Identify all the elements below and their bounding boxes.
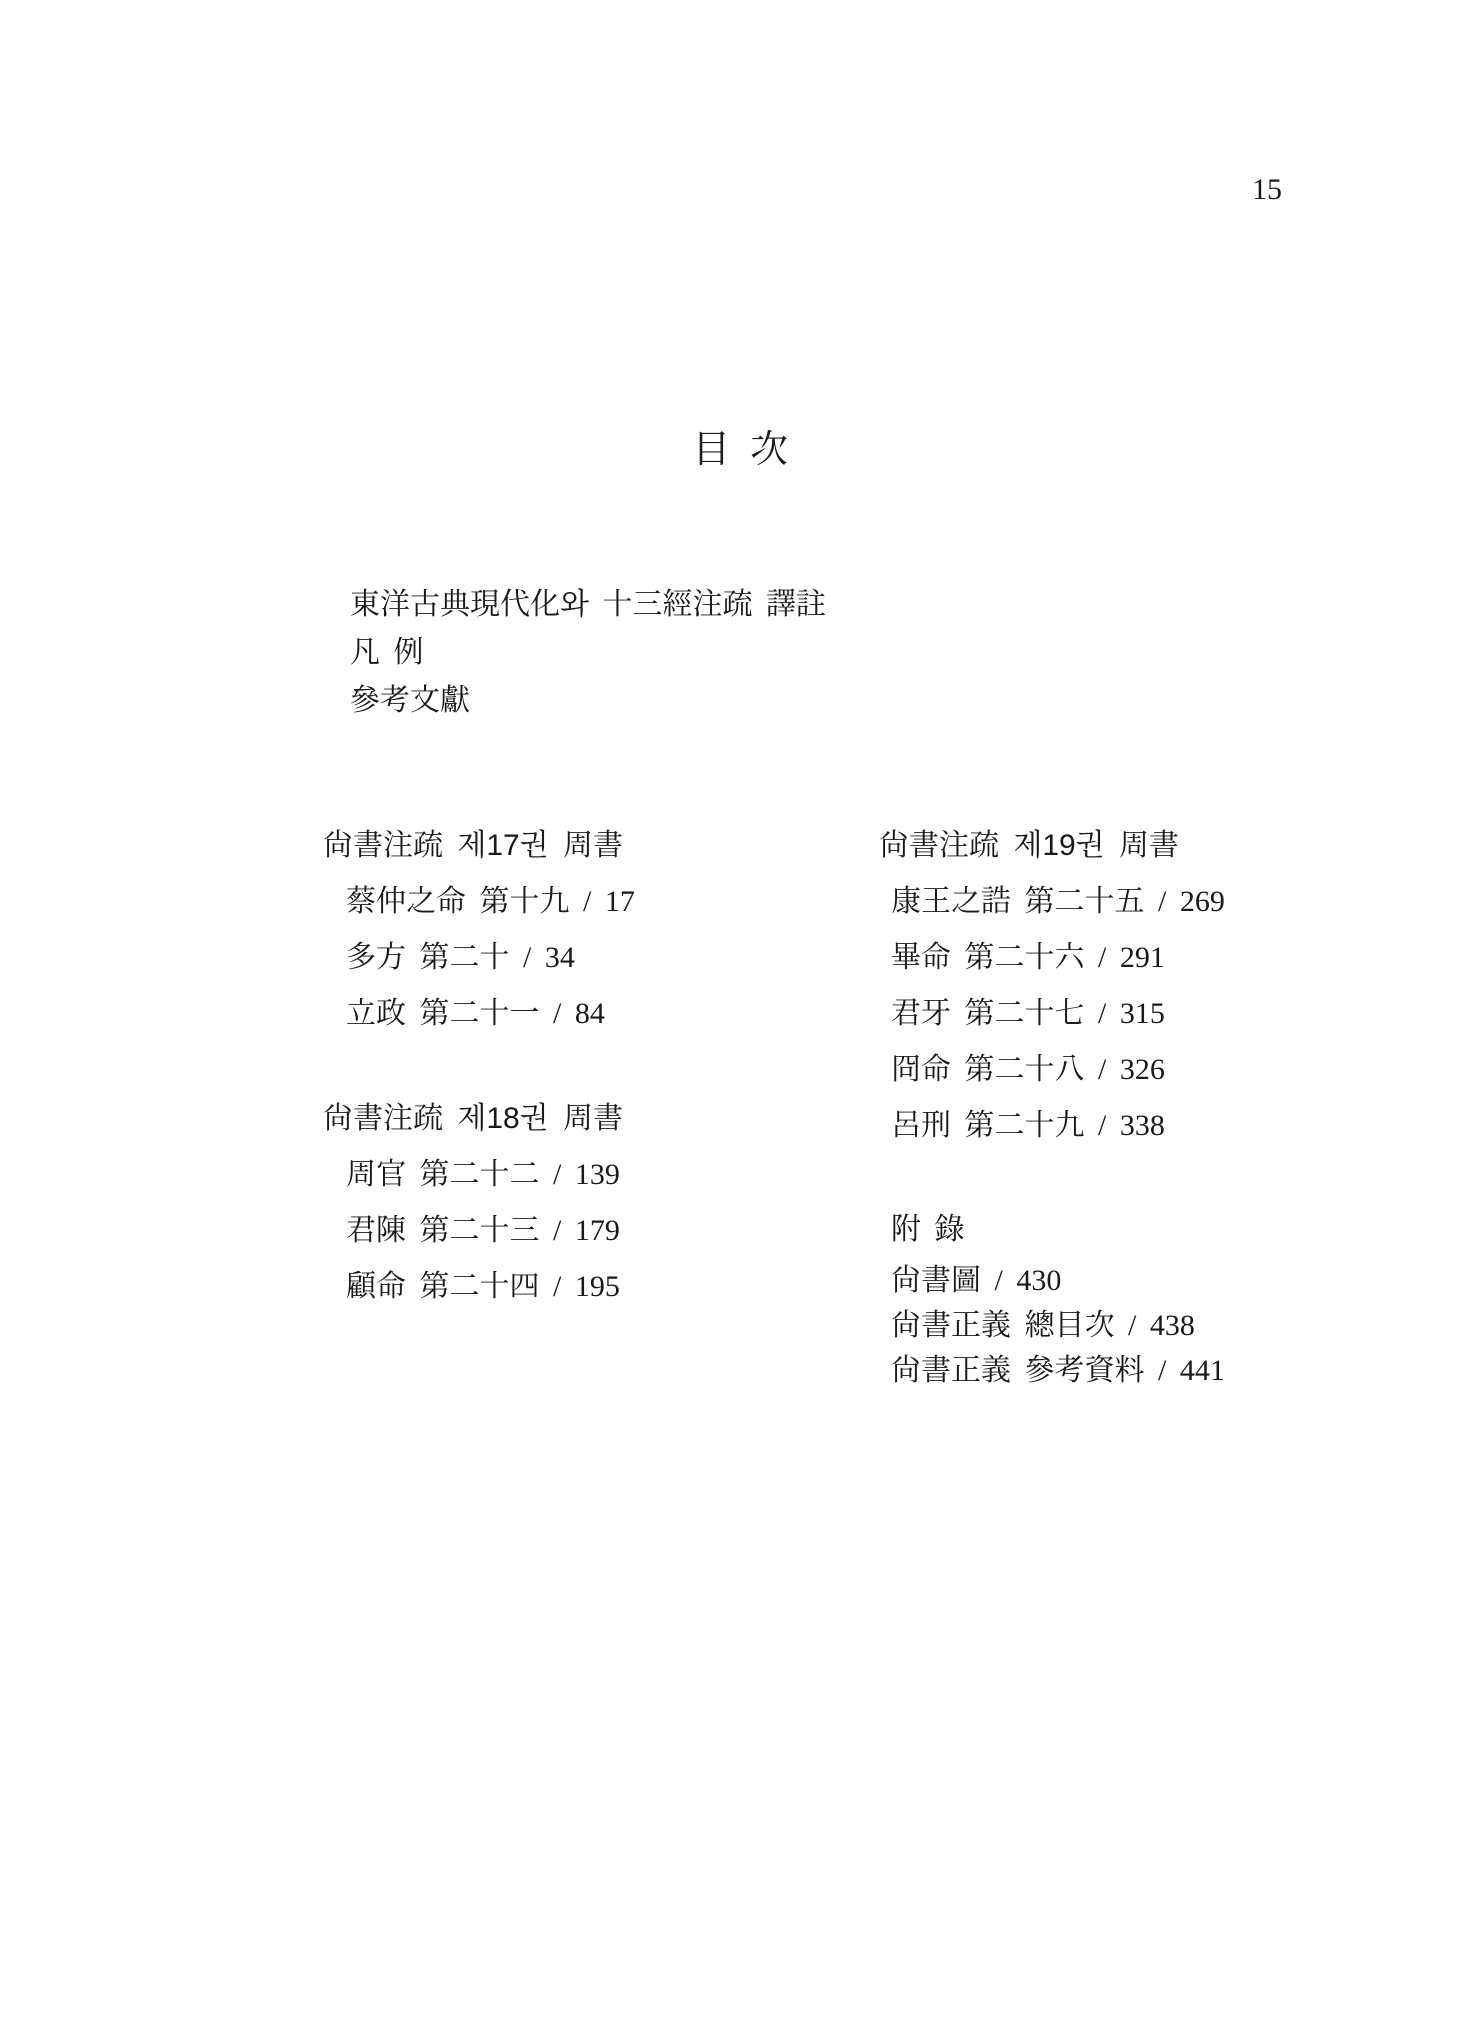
appendix-header: 附 錄 [879, 1202, 1225, 1258]
toc-entry-title: 多方 第二十 [346, 941, 510, 974]
toc-group-volume-19: 尙書注疏 제19권 周書 康王之誥 第二十五 / 269 畢命 第二十六 / 2… [879, 818, 1225, 1154]
toc-separator: / [1098, 997, 1106, 1030]
toc-entry: 周官 第二十二 / 139 [323, 1147, 635, 1203]
toc-entry-title: 呂刑 第二十九 [891, 1109, 1085, 1142]
toc-separator: / [995, 1264, 1003, 1297]
toc-entry-page: 291 [1120, 941, 1165, 974]
toc-separator: / [1098, 1109, 1106, 1142]
toc-separator: / [1158, 1354, 1166, 1387]
toc-entry: 君陳 第二十三 / 179 [323, 1203, 635, 1259]
front-matter-line-references: 參考文獻 [350, 677, 826, 725]
toc-group-header: 尙書注疏 제19권 周書 [879, 818, 1225, 874]
toc-entry-page: 326 [1120, 1053, 1165, 1086]
toc-entry-title: 顧命 第二十四 [346, 1270, 540, 1303]
toc-page: 15 目 次 東洋古典現代化와 十三經注疏 譯註 凡 例 參考文獻 尙書注疏 제… [0, 0, 1480, 2024]
toc-entry: 呂刑 第二十九 / 338 [879, 1098, 1225, 1154]
toc-separator: / [583, 885, 591, 918]
toc-entry-page: 315 [1120, 997, 1165, 1030]
toc-column-right: 尙書注疏 제19권 周書 康王之誥 第二十五 / 269 畢命 第二十六 / 2… [879, 818, 1225, 1393]
toc-entry-title: 君牙 第二十七 [891, 997, 1085, 1030]
toc-entry-title: 冏命 第二十八 [891, 1053, 1085, 1086]
toc-separator: / [553, 1214, 561, 1247]
toc-entry-title: 周官 第二十二 [346, 1158, 540, 1191]
front-matter: 東洋古典現代化와 十三經注疏 譯註 凡 例 參考文獻 [350, 581, 826, 725]
toc-entry: 君牙 第二十七 / 315 [879, 986, 1225, 1042]
toc-entry-page: 17 [605, 885, 635, 918]
toc-entry: 畢命 第二十六 / 291 [879, 930, 1225, 986]
toc-entry-page: 438 [1150, 1309, 1195, 1342]
toc-separator: / [1158, 885, 1166, 918]
page-title: 目 次 [0, 424, 1480, 476]
toc-group-volume-17: 尙書注疏 제17권 周書 蔡仲之命 第十九 / 17 多方 第二十 / 34 立… [323, 818, 635, 1042]
toc-separator: / [523, 941, 531, 974]
toc-entry-page: 269 [1180, 885, 1225, 918]
toc-entry-title: 畢命 第二十六 [891, 941, 1085, 974]
toc-column-left: 尙書注疏 제17권 周書 蔡仲之命 第十九 / 17 多方 第二十 / 34 立… [323, 818, 635, 1315]
front-matter-line-series: 東洋古典現代化와 十三經注疏 譯註 [350, 581, 826, 629]
appendix-entry: 尙書正義 參考資料 / 441 [879, 1348, 1225, 1393]
toc-entry-title: 康王之誥 第二十五 [891, 885, 1145, 918]
toc-entry-title: 立政 第二十一 [346, 997, 540, 1030]
toc-entry: 蔡仲之命 第十九 / 17 [323, 874, 635, 930]
toc-entry: 立政 第二十一 / 84 [323, 986, 635, 1042]
toc-separator: / [1128, 1309, 1136, 1342]
toc-group-header: 尙書注疏 제18권 周書 [323, 1091, 635, 1147]
page-number: 15 [1252, 172, 1282, 208]
toc-entry-title: 尙書正義 總目次 [891, 1309, 1115, 1342]
toc-entry: 顧命 第二十四 / 195 [323, 1259, 635, 1315]
toc-entry-title: 蔡仲之命 第十九 [346, 885, 570, 918]
toc-entry-title: 君陳 第二十三 [346, 1214, 540, 1247]
toc-separator: / [553, 997, 561, 1030]
toc-entry-page: 34 [545, 941, 575, 974]
toc-group-header: 尙書注疏 제17권 周書 [323, 818, 635, 874]
toc-entry-page: 338 [1120, 1109, 1165, 1142]
toc-entry: 康王之誥 第二十五 / 269 [879, 874, 1225, 930]
toc-entry-page: 139 [575, 1158, 620, 1191]
front-matter-line-legend: 凡 例 [350, 629, 826, 677]
appendix-entry: 尙書圖 / 430 [879, 1258, 1225, 1303]
toc-entry-page: 430 [1016, 1264, 1061, 1297]
toc-entry-title: 尙書圖 [891, 1264, 981, 1297]
toc-entry-title: 尙書正義 參考資料 [891, 1354, 1145, 1387]
toc-group-volume-18: 尙書注疏 제18권 周書 周官 第二十二 / 139 君陳 第二十三 / 179… [323, 1091, 635, 1315]
toc-separator: / [1098, 1053, 1106, 1086]
toc-separator: / [1098, 941, 1106, 974]
appendix-entry: 尙書正義 總目次 / 438 [879, 1303, 1225, 1348]
toc-entry-page: 179 [575, 1214, 620, 1247]
toc-entry-page: 441 [1180, 1354, 1225, 1387]
toc-entry-page: 84 [575, 997, 605, 1030]
toc-separator: / [553, 1158, 561, 1191]
toc-entry: 多方 第二十 / 34 [323, 930, 635, 986]
toc-entry: 冏命 第二十八 / 326 [879, 1042, 1225, 1098]
appendix-section: 附 錄 尙書圖 / 430 尙書正義 總目次 / 438 尙書正義 參考資料 /… [879, 1202, 1225, 1393]
toc-entry-page: 195 [575, 1270, 620, 1303]
toc-separator: / [553, 1270, 561, 1303]
